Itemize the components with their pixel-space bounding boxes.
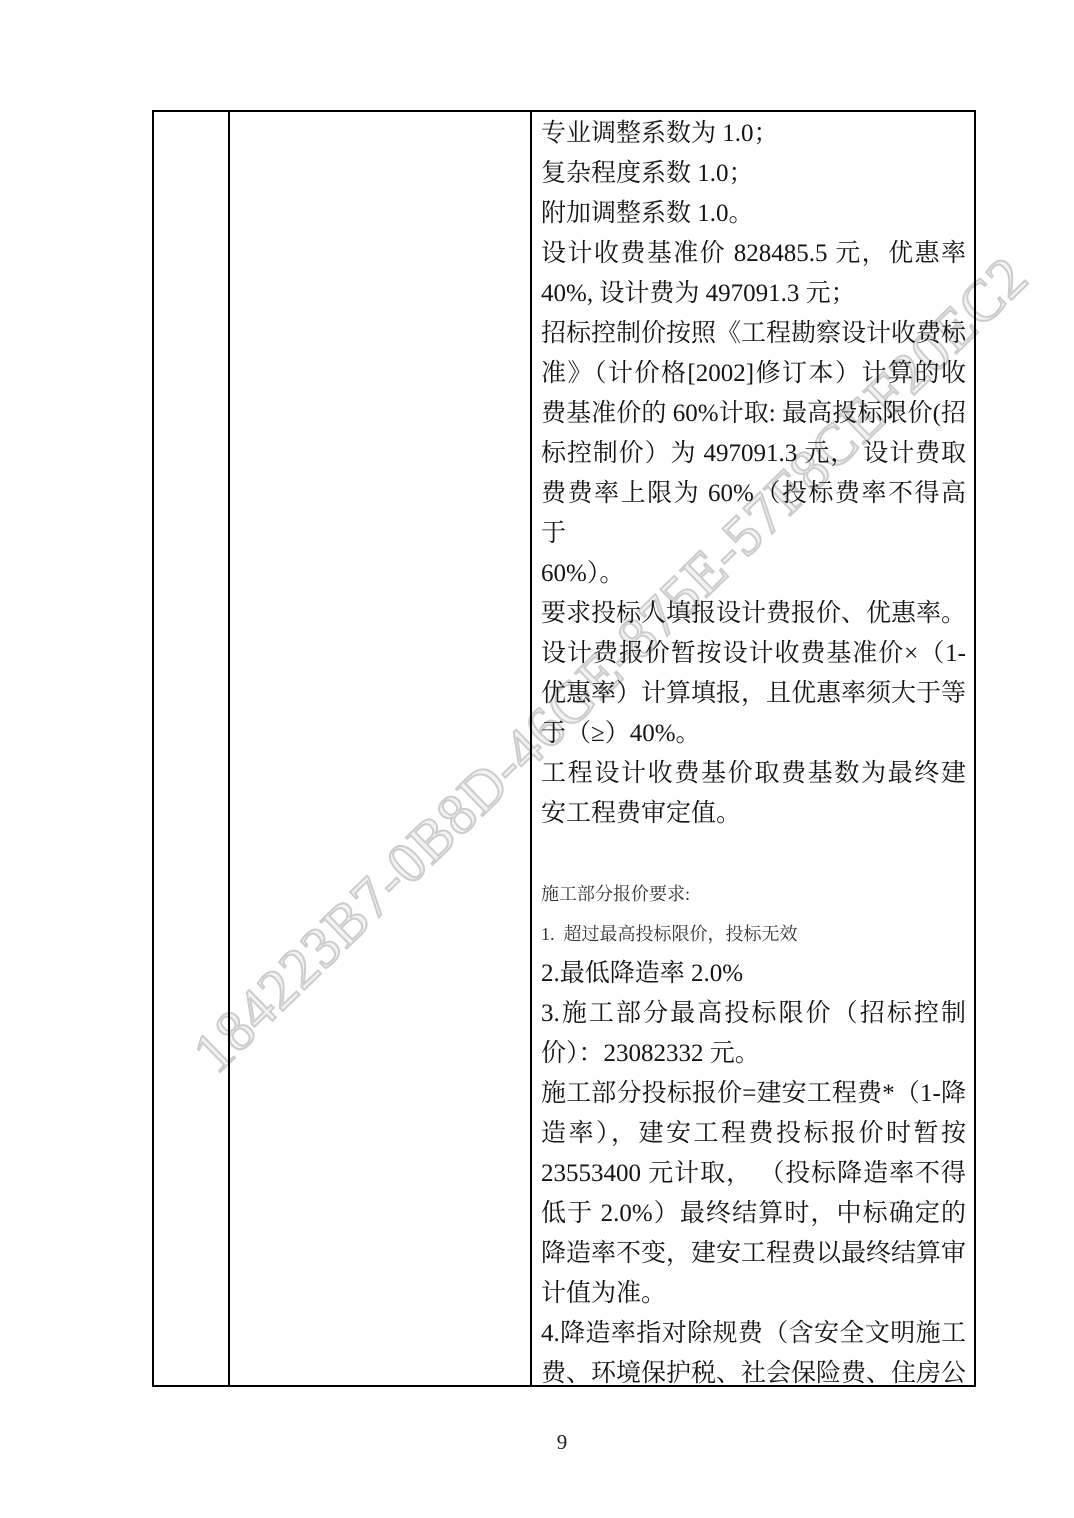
text-line: 2.最低降造率 2.0%: [541, 954, 966, 994]
table-cell-content: 专业调整系数为 1.0；复杂程度系数 1.0；附加调整系数 1.0。设计收费基准…: [532, 112, 974, 1385]
text-line: 专业调整系数为 1.0；: [541, 114, 966, 154]
text-line: 附加调整系数 1.0。: [541, 194, 966, 234]
text-line: 复杂程度系数 1.0；: [541, 154, 966, 194]
text-line: 造率），建安工程费投标报价时暂按: [541, 1114, 966, 1154]
text-line: 优惠率）计算填报，且优惠率须大于等: [541, 674, 966, 714]
text-line: 标控制价）为 497091.3 元， 设计费取: [541, 434, 966, 474]
text-line: 于（≥）40%。: [541, 714, 966, 754]
text-line: 23553400 元计取， （投标降造率不得: [541, 1154, 966, 1194]
text-line: 60%）。: [541, 554, 966, 594]
table-cell-left: [154, 112, 230, 1385]
text-line: 费、环境保护税、社会保险费、住房公: [541, 1354, 966, 1385]
text-line: 低于 2.0%）最终结算时，中标确定的: [541, 1194, 966, 1234]
text-line: 准》（计价格[2002]修订本）计算的收: [541, 354, 966, 394]
text-line: 安工程费审定值。: [541, 794, 966, 834]
text-line: 设计收费基准价 828485.5 元，优惠率: [541, 234, 966, 274]
text-line: 计值为准。: [541, 1274, 966, 1314]
blank-line: [541, 834, 966, 874]
text-line: 费费率上限为 60%（投标费率不得高于: [541, 474, 966, 554]
text-line: 3.施工部分最高投标限价（招标控制: [541, 994, 966, 1034]
text-line: 降造率不变，建安工程费以最终结算审: [541, 1234, 966, 1274]
text-line: 要求投标人填报设计费报价、优惠率。: [541, 594, 966, 634]
text-line: 1. 超过最高投标限价，投标无效: [541, 914, 966, 954]
text-line: 招标控制价按照《工程勘察设计收费标: [541, 314, 966, 354]
page-number: 9: [152, 1430, 972, 1455]
text-line: 施工部分报价要求:: [541, 874, 966, 914]
text-line: 工程设计收费基价取费基数为最终建: [541, 754, 966, 794]
document-page: 184223B7-0B8D-46GE-875E-57F8CEF20EC2 专业调…: [0, 0, 1074, 1518]
text-line: 价）：23082332 元。: [541, 1034, 966, 1074]
table-cell-middle: [230, 112, 532, 1385]
text-line: 施工部分投标报价=建安工程费*（1-降: [541, 1074, 966, 1114]
tender-requirements-table: 专业调整系数为 1.0；复杂程度系数 1.0；附加调整系数 1.0。设计收费基准…: [152, 110, 976, 1387]
text-line: 费基准价的 60%计取: 最高投标限价(招: [541, 394, 966, 434]
text-line: 4.降造率指对除规费（含安全文明施工: [541, 1314, 966, 1354]
text-line: 设计费报价暂按设计收费基准价×（1-: [541, 634, 966, 674]
text-line: 40%, 设计费为 497091.3 元；: [541, 274, 966, 314]
